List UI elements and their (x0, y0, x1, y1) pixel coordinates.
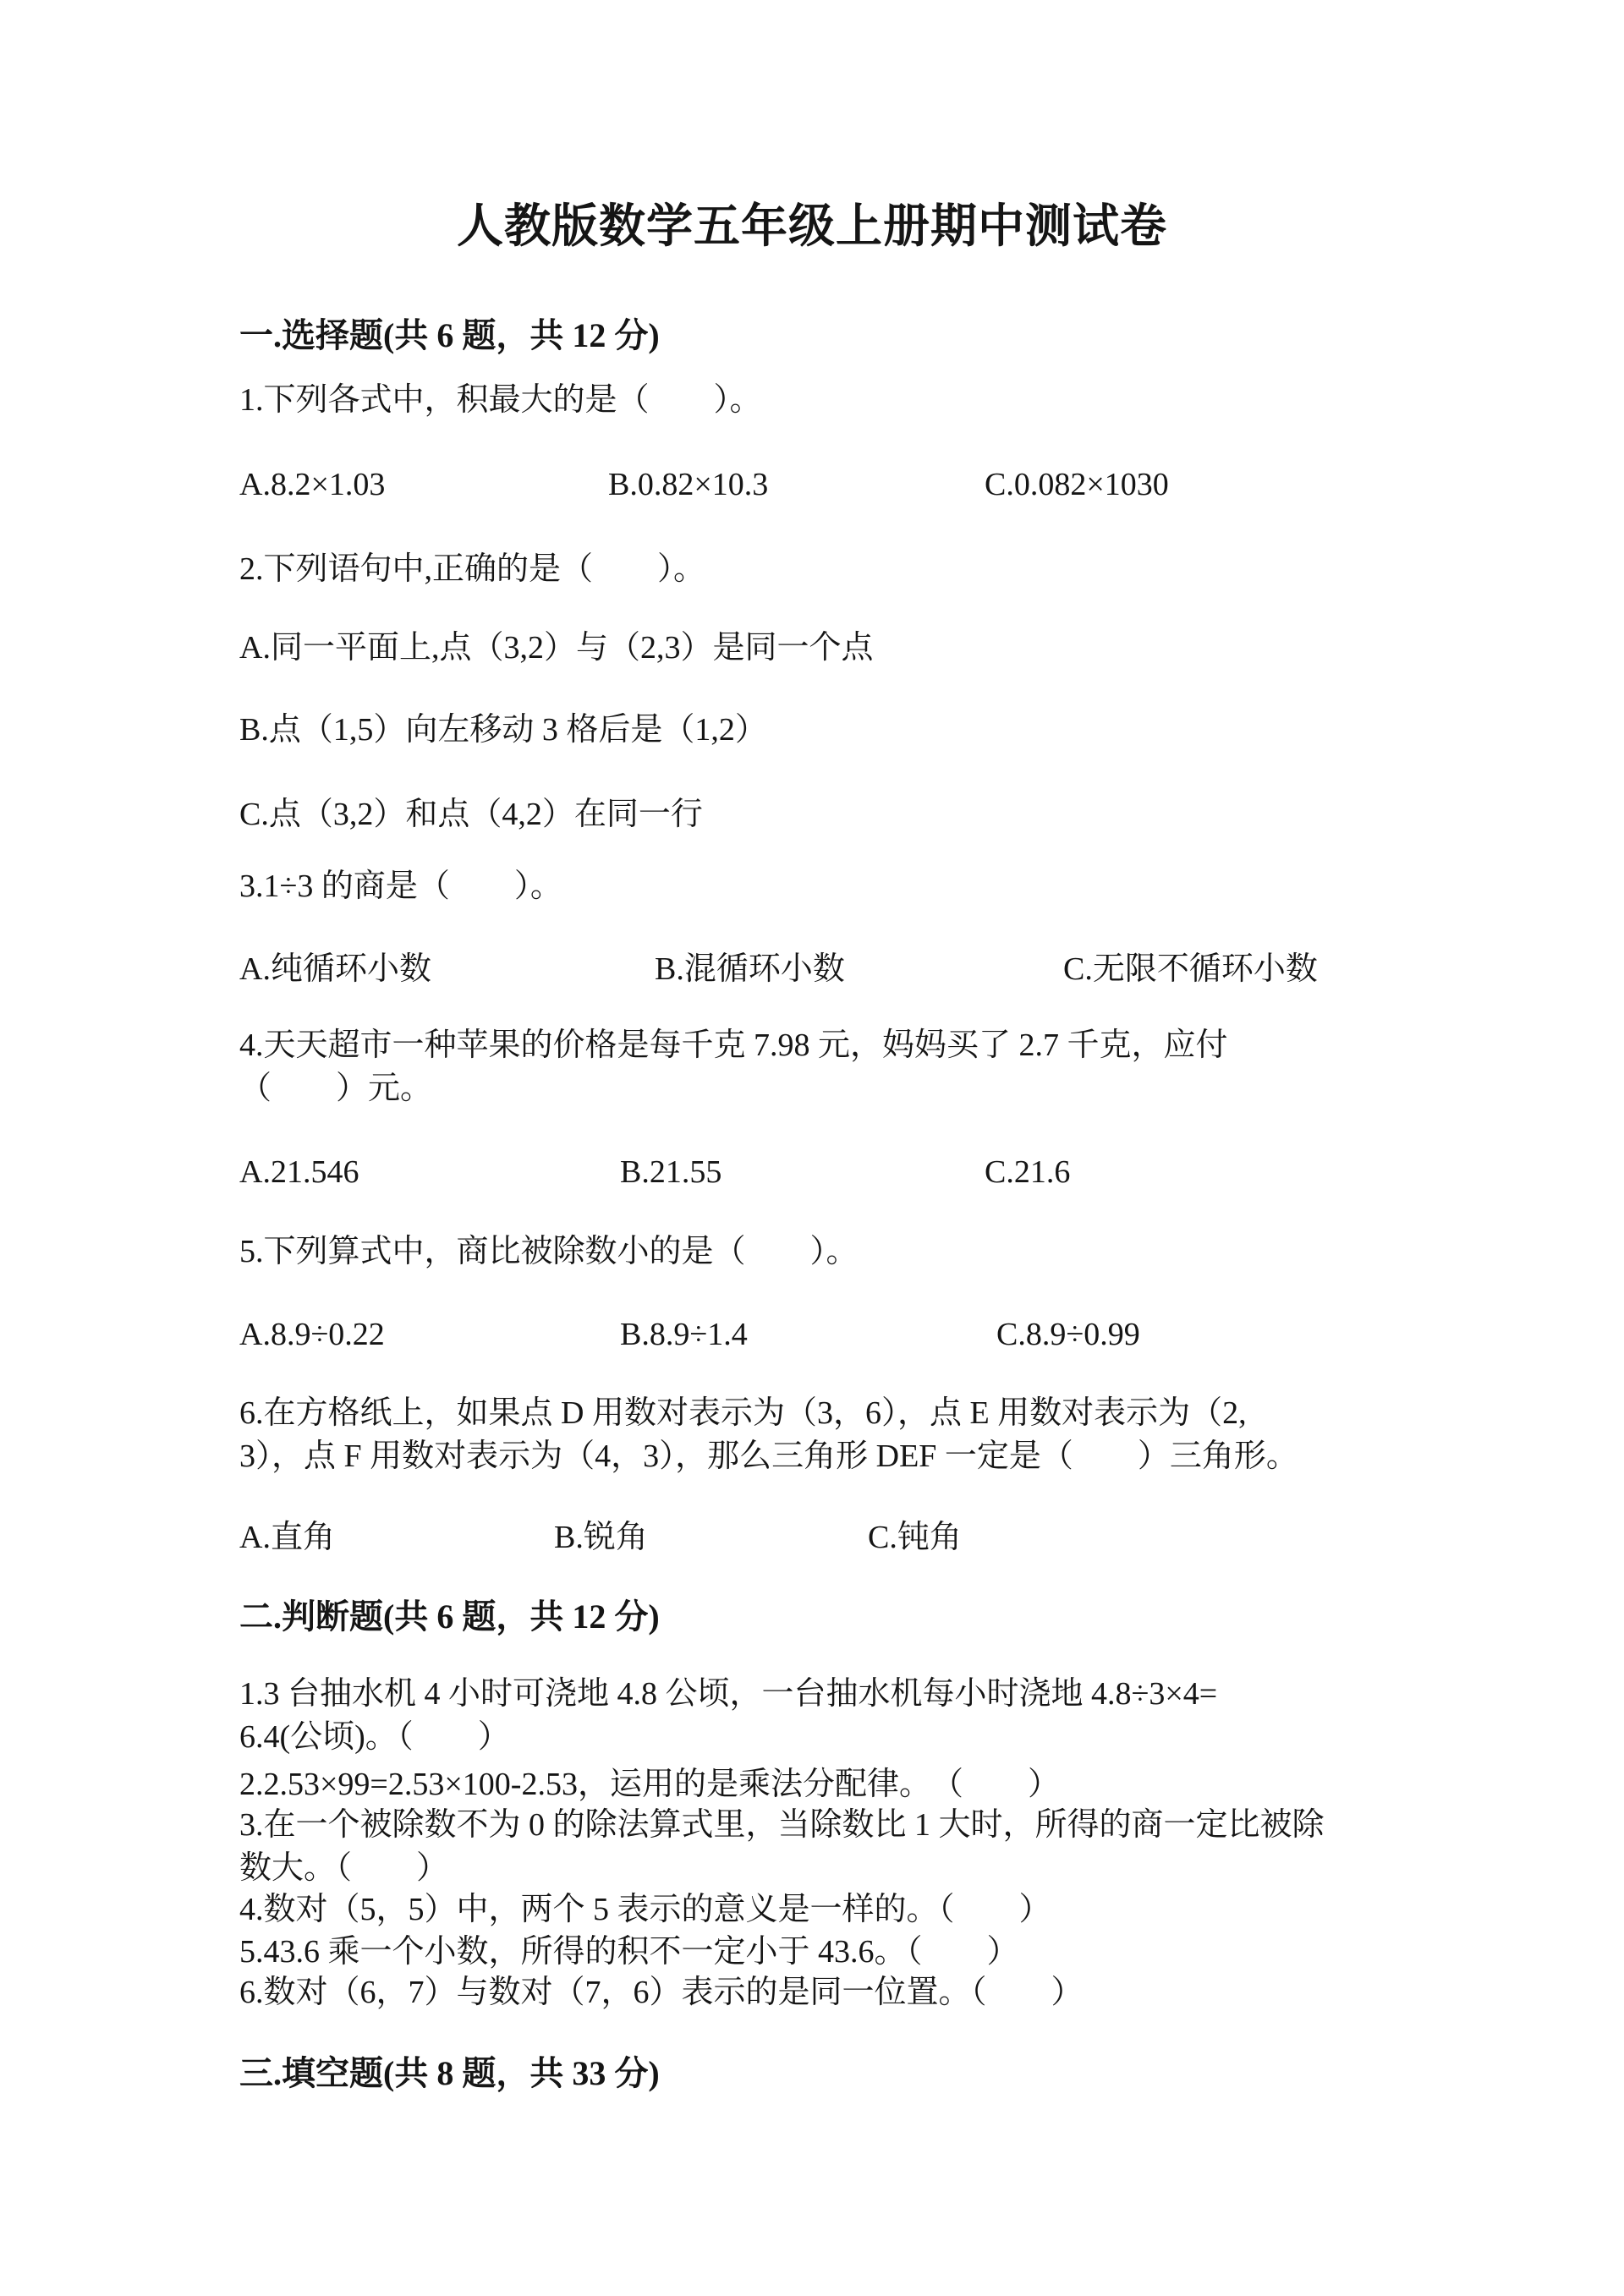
choice-q2-option-c: C.点（3,2）和点（4,2）在同一行 (239, 793, 1407, 836)
choice-q2-text: 2.下列语句中,正确的是（ ）。 (239, 548, 1407, 591)
choice-q5-options: A.8.9÷0.22 B.8.9÷1.4 C.8.9÷0.99 (239, 1313, 1407, 1356)
choice-q5-option-c: C.8.9÷0.99 (996, 1313, 1140, 1356)
choice-q4-option-a: A.21.546 (239, 1151, 359, 1194)
judge-item-3-line-2: 数大。（ ） (239, 1847, 1407, 1890)
choice-q4-text: 4.天天超市一种苹果的价格是每千克 7.98 元，妈妈买了 2.7 千克，应付（… (239, 1024, 1407, 1110)
choice-q4-option-b: B.21.55 (620, 1151, 721, 1194)
choice-q1-option-c: C.0.082×1030 (985, 463, 1169, 507)
choice-q5-option-a: A.8.9÷0.22 (239, 1313, 385, 1356)
choice-q6-options: A.直角 B.锐角 C.钝角 (239, 1516, 1407, 1559)
choice-q1-options: A.8.2×1.03 B.0.82×10.3 C.0.082×1030 (239, 463, 1407, 507)
judge-item-4: 4.数对（5，5）中，两个 5 表示的意义是一样的。（ ） (239, 1888, 1407, 1932)
choice-q4-line-1: 4.天天超市一种苹果的价格是每千克 7.98 元，妈妈买了 2.7 千克，应付 (239, 1024, 1407, 1067)
choice-q6-line-1: 6.在方格纸上，如果点 D 用数对表示为（3，6），点 E 用数对表示为（2, (239, 1392, 1407, 1435)
choice-q3-text: 3.1÷3 的商是（ ）。 (239, 865, 1407, 908)
judge-item-3-line-1: 3.在一个被除数不为 0 的除法算式里，当除数比 1 大时，所得的商一定比被除 (239, 1804, 1407, 1847)
section-heading-judge: 二.判断题(共 6 题，共 12 分) (239, 1595, 1407, 1638)
judge-item-6: 6.数对（6，7）与数对（7，6）表示的是同一位置。（ ） (239, 1971, 1407, 2014)
judge-item-2: 2.2.53×99=2.53×100-2.53，运用的是乘法分配律。 （ ） (239, 1763, 1407, 1806)
judge-item-5: 5.43.6 乘一个小数，所得的积不一定小于 43.6。（ ） (239, 1931, 1407, 1974)
choice-q1-text: 1.下列各式中，积最大的是（ ）。 (239, 379, 1407, 422)
choice-q2-option-a: A.同一平面上,点（3,2）与（2,3）是同一个点 (239, 627, 1407, 670)
choice-q4-options: A.21.546 B.21.55 C.21.6 (239, 1151, 1407, 1194)
choice-q6-line-2: 3），点 F 用数对表示为（4，3），那么三角形 DEF 一定是（ ）三角形。 (239, 1435, 1407, 1478)
judge-item-3: 3.在一个被除数不为 0 的除法算式里，当除数比 1 大时，所得的商一定比被除数… (239, 1804, 1407, 1890)
judge-item-1-line-2: 6.4(公顷)。（ ） (239, 1716, 1407, 1759)
choice-q2-option-b: B.点（1,5）向左移动 3 格后是（1,2） (239, 709, 1407, 752)
choice-q3-option-c: C.无限不循环小数 (1063, 948, 1318, 991)
judge-item-1-line-1: 1.3 台抽水机 4 小时可浇地 4.8 公顷，一台抽水机每小时浇地 4.8÷3… (239, 1673, 1407, 1716)
choice-q4-line-2: （ ）元。 (239, 1067, 1407, 1110)
exam-paper-page: 人教版数学五年级上册期中测试卷 一.选择题(共 6 题，共 12 分) 1.下列… (0, 0, 1624, 2296)
choice-q6-option-b: B.锐角 (554, 1516, 648, 1559)
section-heading-fill: 三.填空题(共 8 题，共 33 分) (239, 2052, 1407, 2095)
choice-q6-text: 6.在方格纸上，如果点 D 用数对表示为（3，6），点 E 用数对表示为（2,3… (239, 1392, 1407, 1478)
section-heading-choice: 一.选择题(共 6 题，共 12 分) (239, 314, 1407, 357)
choice-q1-option-b: B.0.82×10.3 (608, 463, 768, 507)
choice-q1-option-a: A.8.2×1.03 (239, 463, 385, 507)
choice-q3-options: A.纯循环小数 B.混循环小数 C.无限不循环小数 (239, 948, 1407, 991)
choice-q5-option-b: B.8.9÷1.4 (620, 1313, 748, 1356)
choice-q3-option-a: A.纯循环小数 (239, 948, 431, 991)
choice-q6-option-a: A.直角 (239, 1516, 335, 1559)
choice-q5-text: 5.下列算式中，商比被除数小的是（ ）。 (239, 1230, 1407, 1274)
judge-item-1: 1.3 台抽水机 4 小时可浇地 4.8 公顷，一台抽水机每小时浇地 4.8÷3… (239, 1673, 1407, 1759)
choice-q4-option-c: C.21.6 (985, 1151, 1070, 1194)
page-title: 人教版数学五年级上册期中测试卷 (0, 200, 1624, 254)
choice-q3-option-b: B.混循环小数 (655, 948, 845, 991)
choice-q6-option-c: C.钝角 (868, 1516, 962, 1559)
